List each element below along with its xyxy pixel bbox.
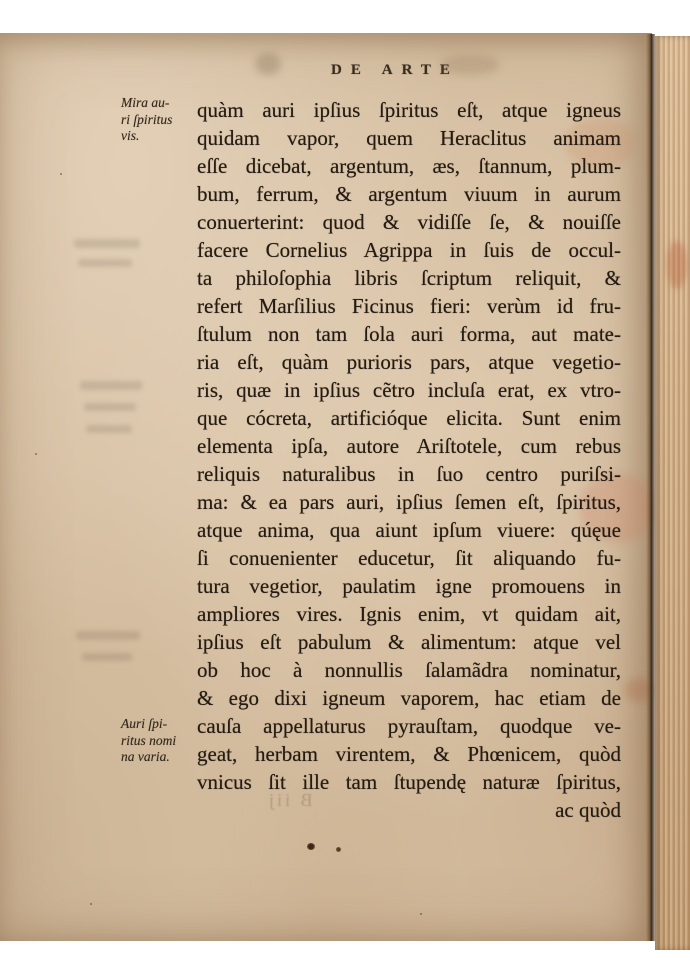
body-text-line: ob hoc à nonnullis ſalamãdra nominatur, bbox=[197, 656, 621, 684]
paper-speck bbox=[610, 333, 612, 335]
body-text-line: ſi conuenienter educetur, ſit aliquando … bbox=[197, 544, 621, 572]
ink-dot bbox=[336, 847, 341, 852]
body-text-line: atque anima, qua aiunt ipſum viuere: qúę… bbox=[197, 516, 621, 544]
paper-stain bbox=[667, 241, 687, 289]
running-header: DE ARTE bbox=[180, 62, 610, 79]
body-text-line: quidam vapor, quem Heraclitus animam bbox=[197, 124, 621, 152]
body-text-line: quàm auri ipſius ſpiritus eſt, atque ign… bbox=[197, 96, 621, 124]
paper-speck bbox=[420, 913, 422, 915]
body-text-line: & ego dixi igneum vaporem, hac etiam de bbox=[197, 684, 621, 712]
show-through-mark bbox=[74, 239, 140, 248]
body-text-line: vnicus ſit ille tam ſtupendę naturæ ſpir… bbox=[197, 768, 621, 796]
page-gutter-crease bbox=[646, 34, 655, 941]
margin-note-line: vis. bbox=[121, 128, 199, 145]
book-page: DE ARTE Mira au- ri ſpiritus vis. Auri ſ… bbox=[0, 33, 652, 941]
body-text-line: bum, ferrum, & argentum viuum in aurum bbox=[197, 180, 621, 208]
body-text-line: ſtulum non tam ſola auri forma, aut mate… bbox=[197, 320, 621, 348]
body-text-block: quàm auri ipſius ſpiritus eſt, atque ign… bbox=[197, 96, 621, 824]
margin-note-auri-nomina: Auri ſpi- ritus nomi na varia. bbox=[121, 716, 199, 766]
ink-smudge bbox=[255, 53, 281, 75]
margin-note-line: Auri ſpi- bbox=[121, 716, 199, 733]
body-text-line: geat, herbam virentem, & Phœnicem, quòd bbox=[197, 740, 621, 768]
show-through-signature: B iij bbox=[266, 790, 313, 811]
body-text-line: refert Marſilius Ficinus fieri: verùm id… bbox=[197, 292, 621, 320]
margin-note-line: ritus nomi bbox=[121, 733, 199, 750]
body-text-line: cauſa appellaturus pyrauſtam, quodque ve… bbox=[197, 712, 621, 740]
body-text-line: eſſe dicebat, argentum, æs, ſtannum, plu… bbox=[197, 152, 621, 180]
body-text-line: tura vegetior, paulatim igne promouens i… bbox=[197, 572, 621, 600]
body-text-line: que cócreta, artificióque elicita. Sunt … bbox=[197, 404, 621, 432]
body-text-line: ria eſt, quàm purioris pars, atque veget… bbox=[197, 348, 621, 376]
margin-note-mira-auri: Mira au- ri ſpiritus vis. bbox=[121, 95, 199, 145]
show-through-mark bbox=[80, 381, 142, 390]
margin-note-line: Mira au- bbox=[121, 95, 199, 112]
show-through-mark bbox=[78, 259, 132, 267]
paper-speck bbox=[35, 453, 37, 455]
body-text-line: elementa ipſa, autore Ariſtotele, cum re… bbox=[197, 432, 621, 460]
paper-speck bbox=[60, 173, 62, 175]
body-text-line: ris, quæ in ipſius cẽtro incluſa erat, e… bbox=[197, 376, 621, 404]
margin-note-line: na varia. bbox=[121, 749, 199, 766]
adjacent-page-edge bbox=[655, 36, 690, 950]
body-text-line: facere Cornelius Agrippa in ſuis de occu… bbox=[197, 236, 621, 264]
show-through-mark bbox=[82, 653, 132, 661]
body-text-line: conuerterint: quod & vidiſſe ſe, & nouiſ… bbox=[197, 208, 621, 236]
show-through-mark bbox=[84, 403, 136, 411]
margin-note-line: ri ſpiritus bbox=[121, 112, 199, 129]
show-through-mark bbox=[86, 425, 132, 433]
ink-dot bbox=[307, 843, 315, 850]
body-text-line: ta philoſophia libris ſcriptum reliquit,… bbox=[197, 264, 621, 292]
body-text-line: ipſius eſt pabulum & alimentum: atque ve… bbox=[197, 628, 621, 656]
body-text-line: ampliores vires. Ignis enim, vt quidam a… bbox=[197, 600, 621, 628]
scanned-book-photo: DE ARTE Mira au- ri ſpiritus vis. Auri ſ… bbox=[0, 0, 690, 976]
body-text-line: reliquis naturalibus in ſuo centro puriſ… bbox=[197, 460, 621, 488]
ink-smudge bbox=[440, 55, 500, 75]
show-through-mark bbox=[76, 631, 140, 640]
body-text-line: ma: & ea pars auri, ipſius ſemen eſt, ſp… bbox=[197, 488, 621, 516]
catchword: ac quòd bbox=[197, 796, 621, 824]
paper-speck bbox=[90, 903, 92, 905]
